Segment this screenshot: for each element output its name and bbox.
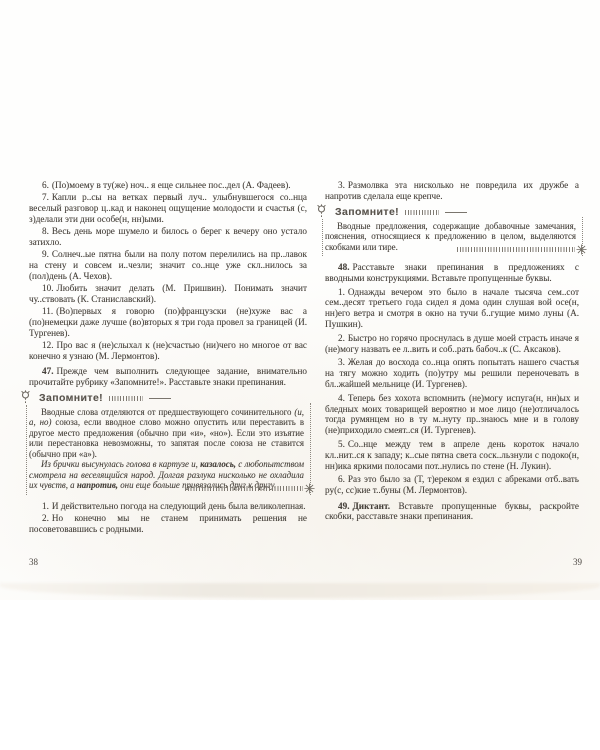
exercise-number: 49. xyxy=(338,501,349,511)
exercise-text: Расставьте знаки препинания в предложени… xyxy=(325,262,579,283)
hatch-line-icon xyxy=(109,396,143,401)
sentence-text: Про вас я (не)слыхал к (не)счастью (ни)ч… xyxy=(29,340,307,361)
sentence-number: 5. xyxy=(338,439,345,449)
hatch-line-icon xyxy=(457,247,575,252)
remember-title: Запомните! xyxy=(335,207,399,218)
sentence-item: 10.Любить значит делать (М. Пришвин). По… xyxy=(29,283,307,305)
sentence-text: Но конечно мы не станем принимать решени… xyxy=(29,513,307,534)
sentence-text: Капли р..сы на ветках первый луч.. улыбн… xyxy=(29,192,307,224)
rule-text: Вводные слова отделяются от предшествующ… xyxy=(41,407,294,417)
sentence-item: 1.Однажды вечером это было в начале тыся… xyxy=(325,287,579,330)
sentence-text: Размолвка эта нисколько не повредила их … xyxy=(325,180,579,201)
remember-box-footer xyxy=(457,244,587,255)
sentence-item: 12.Про вас я (не)слыхал к (не)счастью (н… xyxy=(29,340,307,362)
sentence-item: 3.Размолвка эта нисколько не повредила и… xyxy=(325,180,579,202)
sentence-text: (По)моему в ту(же) ноч.. я еще сильнее п… xyxy=(52,180,291,190)
exercise-49: 49.Диктант. Вставьте пропущенные буквы, … xyxy=(325,501,579,523)
sentence-text: (Во)первых я говорю (по)французски (не)х… xyxy=(29,306,307,338)
rule-text: союза, если вводное слово можно опустить… xyxy=(29,417,304,459)
example-text: Из брички высунулась голова в картузе и, xyxy=(41,459,200,469)
key-icon xyxy=(317,204,327,226)
sentence-number: 12. xyxy=(42,340,53,350)
sentence-text: Весь день море шумело и билось о берег к… xyxy=(29,226,307,247)
remember-box-footer xyxy=(185,483,315,494)
sentence-item: 2.Но конечно мы не станем принимать реше… xyxy=(29,513,307,535)
sentence-text: Со..нце между тем в апреле день короток … xyxy=(325,439,579,471)
sentence-number: 2. xyxy=(338,333,345,343)
rule-paragraph: Вводные слова отделяются от предшествующ… xyxy=(29,407,304,460)
remember-box-right: Запомните! Вводные предложения, содержащ… xyxy=(325,206,579,257)
exercise-number: 48. xyxy=(338,262,349,272)
sentence-item: 1.И действительно погода на следующий де… xyxy=(29,501,307,512)
sentence-text: Любить значит делать (М. Пришвин). Поним… xyxy=(29,283,307,304)
star-ornament-icon xyxy=(304,483,315,494)
hatch-line-icon xyxy=(185,486,303,491)
book-scan: 6.(По)моему в ту(же) ноч.. я еще сильнее… xyxy=(0,0,600,600)
sentence-item: 5.Со..нце между тем в апреле день корото… xyxy=(325,439,579,471)
exercise-48: 48.Расставьте знаки препинания в предлож… xyxy=(325,262,579,284)
page-number-left: 38 xyxy=(29,557,38,567)
sentence-item: 6.Раз это было за (Т, т)ереком я ездил с… xyxy=(325,474,579,496)
right-page: 3.Размолвка эта нисколько не повредила и… xyxy=(325,180,579,525)
sentence-text: Однажды вечером это было в начале тысяча… xyxy=(325,287,579,329)
remember-box-body: Вводные слова отделяются от предшествующ… xyxy=(29,406,307,495)
exercise-text: Прежде чем выполнить следующее задание, … xyxy=(29,366,307,387)
sentence-item: 11.(Во)первых я говорю (по)французски (н… xyxy=(29,306,307,338)
remember-box-header: Запомните! xyxy=(335,206,579,220)
sentence-text: Теперь без хохота вспомнить (не)могу исп… xyxy=(325,393,579,435)
sentence-number: 6. xyxy=(42,180,49,190)
sentence-number: 8. xyxy=(42,226,49,236)
dash-rule-icon xyxy=(445,212,467,213)
sentence-number: 1. xyxy=(338,287,345,297)
sentence-item: 4.Теперь без хохота вспомнить (не)могу и… xyxy=(325,393,579,436)
exercise-number: 47. xyxy=(42,366,53,376)
sentence-number: 9. xyxy=(42,249,49,259)
star-ornament-icon xyxy=(576,244,587,255)
sentence-number: 1. xyxy=(42,501,49,511)
sentence-text: Желая до восхода со..нца опять попытать … xyxy=(325,357,579,389)
sentence-number: 3. xyxy=(338,357,345,367)
hatch-line-icon xyxy=(405,210,439,215)
sentence-number: 10. xyxy=(42,283,53,293)
sentence-item: 2.Быстро но горячо проснулась в душе мое… xyxy=(325,333,579,355)
sentence-text: Раз это было за (Т, т)ереком я ездил с а… xyxy=(325,474,579,495)
sentence-number: 7. xyxy=(42,192,49,202)
remember-title: Запомните! xyxy=(39,393,103,404)
sentence-number: 6. xyxy=(338,474,345,484)
sentence-item: 9.Солнеч..ые пятна были на полу потом пе… xyxy=(29,249,307,281)
example-highlight: напротив, xyxy=(77,480,118,490)
sentence-text: Быстро но горячо проснулась в душе моей … xyxy=(325,333,579,354)
page-number-right: 39 xyxy=(558,557,582,567)
dash-rule-icon xyxy=(149,398,171,399)
example-highlight: казалось, xyxy=(200,459,236,469)
sentence-item: 7.Капли р..сы на ветках первый луч.. улы… xyxy=(29,192,307,224)
remember-box-header: Запомните! xyxy=(39,392,307,406)
sentence-number: 4. xyxy=(338,393,345,403)
exercise-47: 47.Прежде чем выполнить следующее задани… xyxy=(29,366,307,388)
remember-box-left: Запомните! Вводные слова отделяются от п… xyxy=(29,392,307,495)
sentence-text: И действительно погода на следующий день… xyxy=(52,501,306,511)
sentence-item: 3.Желая до восхода со..нца опять попытат… xyxy=(325,357,579,389)
exercise-lead: Диктант. xyxy=(352,501,390,511)
sentence-item: 6.(По)моему в ту(же) ноч.. я еще сильнее… xyxy=(29,180,307,191)
page-bottom-shadow xyxy=(0,583,600,598)
key-icon xyxy=(21,390,31,412)
sentence-number: 3. xyxy=(338,180,345,190)
sentence-number: 11. xyxy=(42,306,53,316)
sentence-item: 8.Весь день море шумело и билось о берег… xyxy=(29,226,307,248)
sentence-number: 2. xyxy=(42,513,49,523)
left-page: 6.(По)моему в ту(же) ноч.. я еще сильнее… xyxy=(29,180,307,536)
sentence-text: Солнеч..ые пятна были на полу потом пере… xyxy=(29,249,307,281)
